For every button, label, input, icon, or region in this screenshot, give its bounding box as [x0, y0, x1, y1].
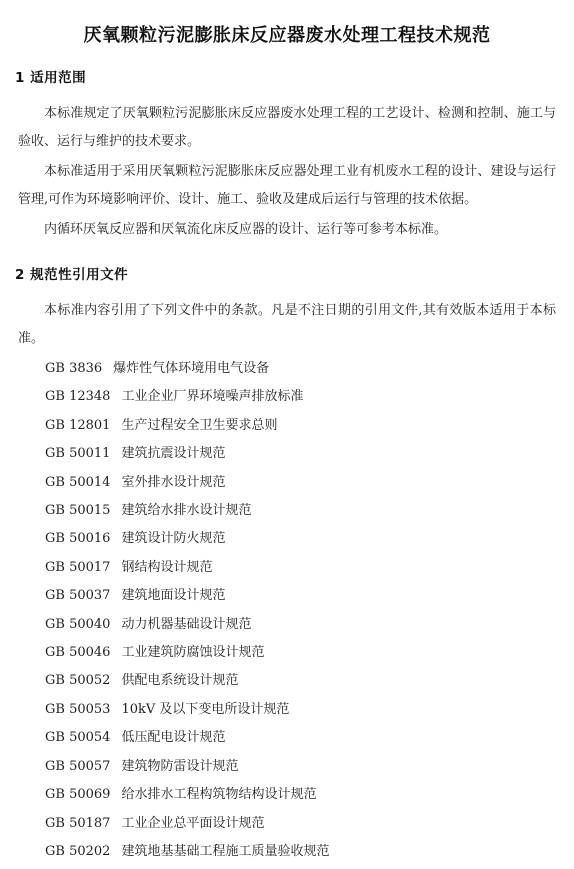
reference-item: GB 50052供配电系统设计规范	[45, 667, 556, 695]
reference-item: GB 50057建筑物防雷设计规范	[45, 753, 556, 781]
reference-code: GB 50202	[45, 838, 110, 866]
reference-item: GB 12801生产过程安全卫生要求总则	[45, 412, 556, 440]
reference-item: GB 50017钢结构设计规范	[45, 554, 556, 582]
reference-item: GB 50054低压配电设计规范	[45, 724, 556, 752]
reference-code: GB 50014	[45, 469, 110, 497]
reference-code: GB 50046	[45, 639, 110, 667]
reference-title: 动力机器基础设计规范	[121, 617, 251, 632]
reference-item: GB 12348工业企业厂界环境噪声排放标准	[45, 383, 556, 411]
reference-code: GB 50037	[45, 582, 110, 610]
reference-title: 工业企业总平面设计规范	[121, 816, 264, 831]
document-page: 厌氧颗粒污泥膨胀床反应器废水处理工程技术规范 1 适用范围 本标准规定了厌氧颗粒…	[0, 0, 574, 866]
reference-code: GB 50052	[45, 667, 110, 695]
reference-item: GB 50040动力机器基础设计规范	[45, 611, 556, 639]
reference-item: GB 50015建筑给水排水设计规范	[45, 497, 556, 525]
references-list: GB 3836爆炸性气体环境用电气设备 GB 12348工业企业厂界环境噪声排放…	[18, 355, 556, 866]
reference-code: GB 50016	[45, 525, 110, 553]
reference-title: 室外排水设计规范	[121, 475, 225, 490]
reference-code: GB 50054	[45, 724, 110, 752]
section-2-heading: 2 规范性引用文件	[15, 267, 556, 283]
reference-item: GB 50037建筑地面设计规范	[45, 582, 556, 610]
reference-title: 建筑抗震设计规范	[121, 446, 225, 461]
reference-title: 建筑设计防火规范	[121, 531, 225, 546]
reference-title: 10kV 及以下变电所设计规范	[121, 702, 289, 717]
reference-code: GB 3836	[45, 355, 102, 383]
reference-code: GB 50069	[45, 781, 110, 809]
reference-item: GB 3836爆炸性气体环境用电气设备	[45, 355, 556, 383]
reference-code: GB 12348	[45, 383, 110, 411]
reference-item: GB 50016建筑设计防火规范	[45, 525, 556, 553]
reference-title: 建筑物防雷设计规范	[121, 759, 238, 774]
reference-item: GB 50069给水排水工程构筑物结构设计规范	[45, 781, 556, 809]
reference-code: GB 50017	[45, 554, 110, 582]
reference-item: GB 50187工业企业总平面设计规范	[45, 810, 556, 838]
reference-code: GB 50057	[45, 753, 110, 781]
reference-code: GB 50040	[45, 611, 110, 639]
paragraph: 本标准内容引用了下列文件中的条款。凡是不注日期的引用文件,其有效版本适用于本标准…	[18, 297, 556, 353]
reference-item: GB 50011建筑抗震设计规范	[45, 440, 556, 468]
reference-code: GB 12801	[45, 412, 110, 440]
reference-code: GB 50053	[45, 696, 110, 724]
section-1-heading: 1 适用范围	[15, 70, 556, 86]
reference-code: GB 50011	[45, 440, 110, 468]
reference-title: 低压配电设计规范	[121, 730, 225, 745]
reference-title: 爆炸性气体环境用电气设备	[113, 361, 269, 376]
reference-item: GB 50202建筑地基基础工程施工质量验收规范	[45, 838, 556, 866]
reference-title: 供配电系统设计规范	[121, 673, 238, 688]
reference-title: 钢结构设计规范	[121, 560, 212, 575]
reference-title: 工业建筑防腐蚀设计规范	[121, 645, 264, 660]
reference-title: 建筑地面设计规范	[121, 588, 225, 603]
reference-code: GB 50015	[45, 497, 110, 525]
paragraph: 内循环厌氧反应器和厌氧流化床反应器的设计、运行等可参考本标准。	[18, 216, 556, 244]
paragraph: 本标准适用于采用厌氧颗粒污泥膨胀床反应器处理工业有机废水工程的设计、建设与运行管…	[18, 158, 556, 214]
reference-title: 工业企业厂界环境噪声排放标准	[121, 389, 303, 404]
reference-title: 建筑给水排水设计规范	[121, 503, 251, 518]
document-title: 厌氧颗粒污泥膨胀床反应器废水处理工程技术规范	[18, 25, 556, 47]
reference-title: 生产过程安全卫生要求总则	[121, 418, 277, 433]
reference-item: GB 50046工业建筑防腐蚀设计规范	[45, 639, 556, 667]
reference-item: GB 50014室外排水设计规范	[45, 469, 556, 497]
reference-item: GB 5005310kV 及以下变电所设计规范	[45, 696, 556, 724]
paragraph: 本标准规定了厌氧颗粒污泥膨胀床反应器废水处理工程的工艺设计、检测和控制、施工与验…	[18, 100, 556, 156]
reference-code: GB 50187	[45, 810, 110, 838]
reference-title: 给水排水工程构筑物结构设计规范	[121, 787, 316, 802]
reference-title: 建筑地基基础工程施工质量验收规范	[121, 844, 329, 859]
